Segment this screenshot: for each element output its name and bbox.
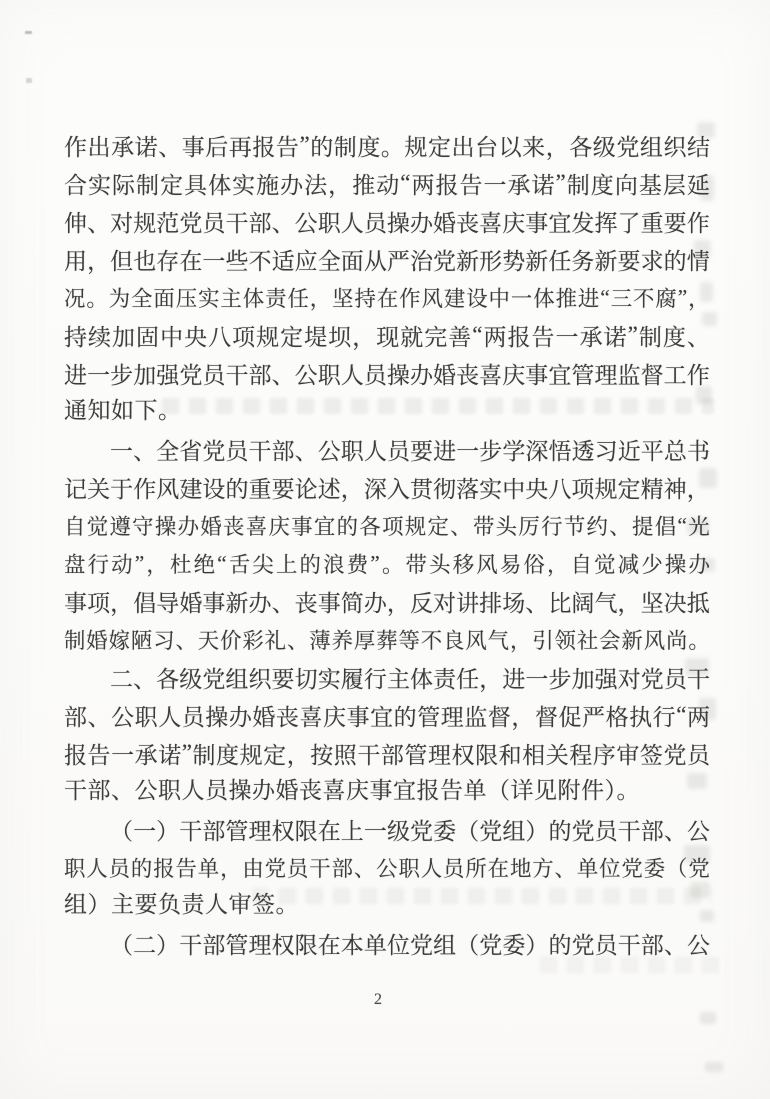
bleed-through-artifact <box>705 1062 723 1072</box>
text-line: 合实际制定具体实施办法，推动“两报告一承诺”制度向基层延 <box>64 164 710 202</box>
text-line: 自觉遵守操办婚丧喜庆事宜的各项规定、带头厉行节约、提倡“光 <box>64 506 710 544</box>
text-line: （二）干部管理权限在本单位党组（党委）的党员干部、公 <box>64 924 710 962</box>
scan-speck <box>25 31 32 34</box>
text-line: 部、公职人员操办婚丧喜庆事宜的管理监督，督促严格执行“两 <box>64 696 710 734</box>
text-line: 作出承诺、事后再报告”的制度。规定出台以来，各级党组织结 <box>64 126 710 164</box>
text-line: 通知如下。 <box>64 392 710 430</box>
page-number: 2 <box>0 991 756 1009</box>
scan-speck <box>26 78 32 83</box>
text-line: 况。为全面压实主体责任，坚持在作风建设中一体推进“三不腐”， <box>64 278 710 316</box>
text-line: 记关于作风建设的重要论述，深入贯彻落实中央八项规定精神， <box>64 468 710 506</box>
text-line: 进一步加强党员干部、公职人员操办婚丧喜庆事宜管理监督工作 <box>64 354 710 392</box>
text-line: 制婚嫁陋习、天价彩礼、薄养厚葬等不良风气，引领社会新风尚。 <box>64 620 710 658</box>
text-line: （一）干部管理权限在上一级党委（党组）的党员干部、公 <box>64 810 710 848</box>
text-line: 二、各级党组织要切实履行主体责任，进一步加强对党员干 <box>64 658 710 696</box>
text-line: 干部、公职人员操办婚丧喜庆事宜报告单（详见附件）。 <box>64 772 710 810</box>
text-line: 报告一承诺”制度规定，按照干部管理权限和相关程序审签党员 <box>64 734 710 772</box>
document-body: 作出承诺、事后再报告”的制度。规定出台以来，各级党组织结 合实际制定具体实施办法… <box>64 126 710 962</box>
text-line: 事项，倡导婚事新办、丧事简办，反对讲排场、比阔气，坚决抵 <box>64 582 710 620</box>
text-line: 伸、对规范党员干部、公职人员操办婚丧喜庆事宜发挥了重要作 <box>64 202 710 240</box>
scanned-document-page: 作出承诺、事后再报告”的制度。规定出台以来，各级党组织结 合实际制定具体实施办法… <box>0 0 770 1099</box>
text-line: 一、全省党员干部、公职人员要进一步学深悟透习近平总书 <box>64 430 710 468</box>
text-line: 职人员的报告单，由党员干部、公职人员所在地方、单位党委（党 <box>64 848 710 886</box>
text-line: 盘行动”，杜绝“舌尖上的浪费”。带头移风易俗，自觉减少操办 <box>64 544 710 582</box>
text-line: 用，但也存在一些不适应全面从严治党新形势新任务新要求的情 <box>64 240 710 278</box>
bleed-through-artifact <box>700 1012 716 1024</box>
text-line: 组）主要负责人审签。 <box>64 886 710 924</box>
text-line: 持续加固中央八项规定堤坝，现就完善“两报告一承诺”制度、 <box>64 316 710 354</box>
